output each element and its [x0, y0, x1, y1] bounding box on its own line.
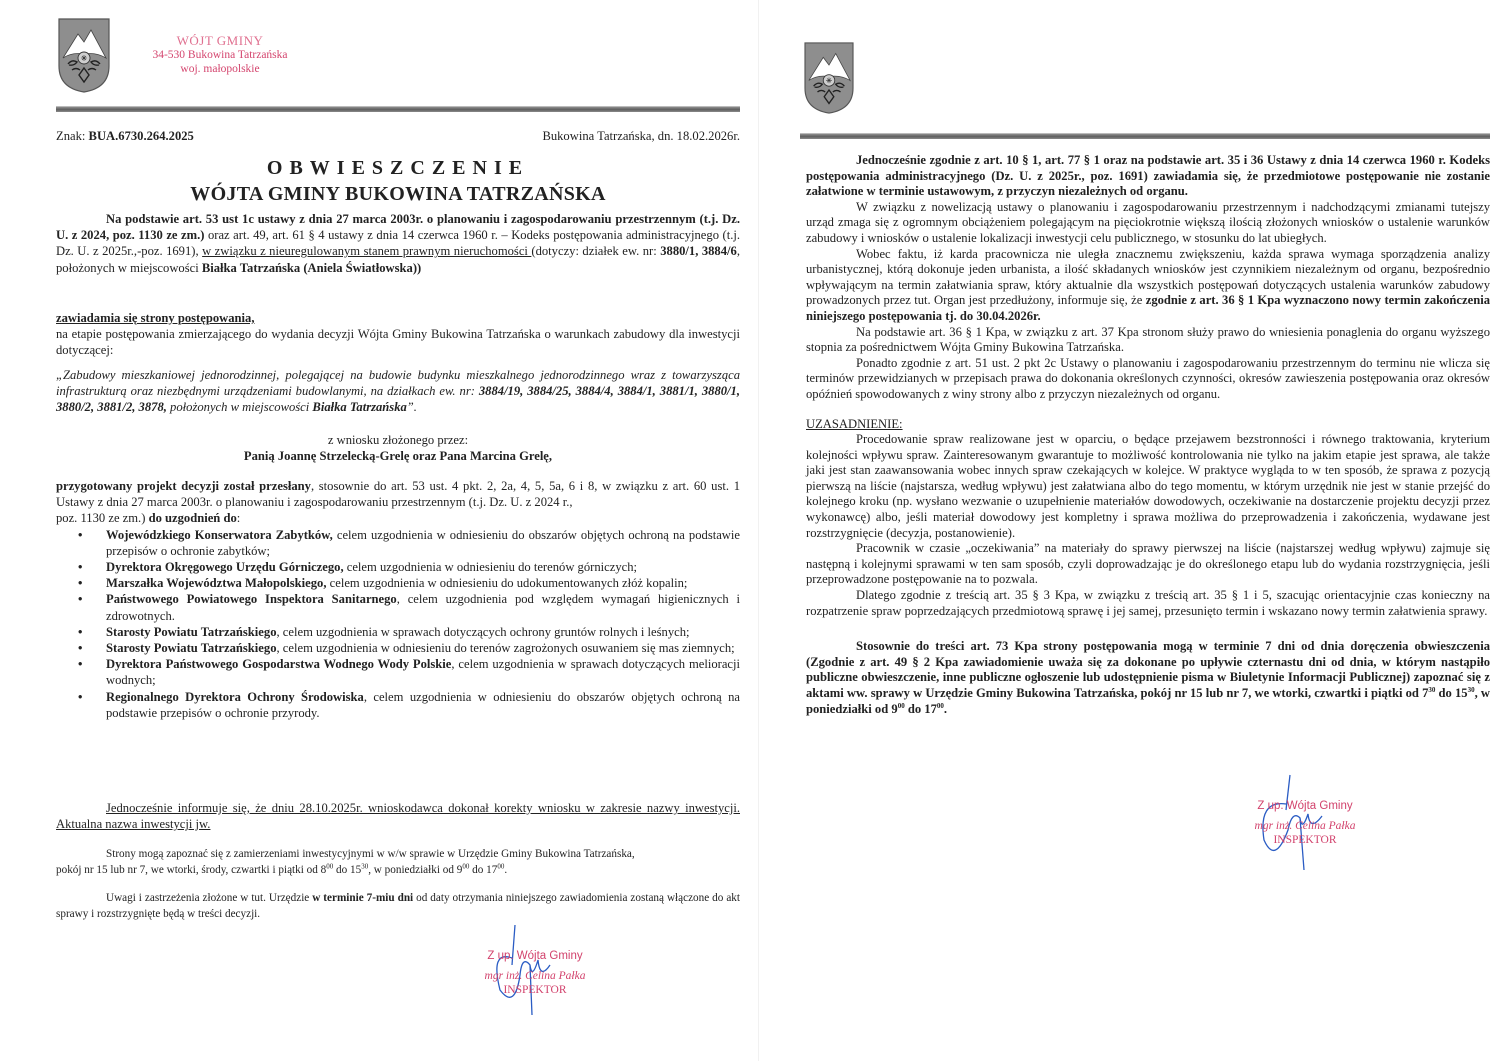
agency-name: Starosty Powiatu Tatrzańskiego: [106, 641, 277, 655]
header-rule: [56, 106, 740, 112]
agency-purpose: celem uzgodnienia w odniesieniu do udoku…: [327, 576, 688, 590]
reminder-right-paragraph: Na podstawie art. 36 § 1 Kpa, w związku …: [806, 325, 1490, 356]
final-text-4: do 17: [905, 702, 937, 716]
agency-item: Starosty Powiatu Tatrzańskiego, celem uz…: [106, 640, 740, 656]
final-notice: Stosownie do treści art. 73 Kpa strony p…: [806, 639, 1490, 700]
hours-text-6: .: [504, 864, 507, 876]
signature-stamp: Z up. Wójta Gminy mgr inż. Celina Pałka …: [1230, 770, 1380, 880]
exclusions-paragraph: Ponadto zgodnie z art. 51 ust. 2 pkt 2c …: [806, 356, 1490, 403]
justification-paragraph-3: Dlatego zgodnie z treścią art. 35 § 3 Kp…: [806, 588, 1490, 619]
hours-text-3: do 15: [333, 864, 361, 876]
applicant-label: z wniosku złożonego przez:: [56, 432, 740, 448]
title-line-2: WÓJTA GMINY BUKOWINA TATRZAŃSKA: [56, 181, 740, 207]
correction-note: Jednocześnie informuje się, że dniu 28.1…: [56, 800, 740, 832]
right-body: Jednocześnie zgodnie z art. 10 § 1, art.…: [806, 153, 1490, 717]
ref-label: Znak:: [56, 129, 85, 143]
office-stamp: WÓJT GMINY 34-530 Bukowina Tatrzańska wo…: [140, 34, 300, 76]
final-sup-4: 00: [937, 701, 944, 709]
applicant-names: Panią Joannę Strzelecką-Grelę oraz Pana …: [244, 449, 552, 463]
signature-title: INSPEKTOR: [460, 984, 610, 996]
office-hours: Strony mogą zapoznać się z zamierzeniami…: [56, 846, 740, 878]
justification-paragraph-1: Procedowanie spraw realizowane jest w op…: [806, 432, 1490, 541]
remarks-paragraph: Uwagi i zastrzeżenia złożone w tut. Urzę…: [56, 890, 740, 922]
correction-text: Jednocześnie informuje się, że dniu 28.1…: [56, 801, 740, 831]
stamp-line-3: woj. małopolskie: [140, 62, 300, 76]
agency-name: Regionalnego Dyrektora Ochrony Środowisk…: [106, 690, 364, 704]
investment-text-3: ”.: [407, 400, 417, 414]
final-text-5: .: [944, 702, 947, 716]
agency-purpose: , celem uzgodnienia w sprawach dotyczący…: [277, 625, 690, 639]
applicant-block: z wniosku złożonego przez: Panią Joannę …: [56, 432, 740, 464]
final-text-2: do 15: [1435, 686, 1467, 700]
agency-name: Starosty Powiatu Tatrzańskiego: [106, 625, 277, 639]
intro-paragraph: Na podstawie art. 53 ust 1c ustawy z dni…: [56, 211, 740, 276]
intro-location: Białka Tatrzańska (Aniela Światłowska)): [202, 261, 421, 275]
remarks-deadline: w terminie 7-miu dni: [312, 892, 413, 904]
document-page-left: WÓJT GMINY 34-530 Bukowina Tatrzańska wo…: [0, 0, 760, 1061]
intro-text-2: (dotyczy: działek ew. nr:: [531, 244, 660, 258]
investment-text-2: położonych w miejscowości: [167, 400, 313, 414]
agency-item: Dyrektora Państwowego Gospodarstwa Wodne…: [106, 656, 740, 688]
agency-item: Marszałka Województwa Małopolskiego, cel…: [106, 575, 740, 591]
signature-name: mgr inż. Celina Pałka: [1230, 820, 1380, 832]
signature-name: mgr inż. Celina Pałka: [460, 970, 610, 982]
agency-name: Dyrektora Państwowego Gospodarstwa Wodne…: [106, 657, 451, 671]
stamp-line-1: WÓJT GMINY: [140, 34, 300, 48]
agency-purpose: celem uzgodnienia w odniesieniu do teren…: [344, 560, 637, 574]
workload-paragraph: W związku z nowelizacją ustawy o planowa…: [806, 200, 1490, 247]
agency-purpose: , celem uzgodnienia w odniesieniu do ter…: [277, 641, 735, 655]
remarks-text: Uwagi i zastrzeżenia złożone w tut. Urzę…: [106, 892, 312, 904]
signature-stamp: Z up. Wójta Gminy mgr inż. Celina Pałka …: [460, 920, 610, 1030]
agency-name: Dyrektora Okręgowego Urzędu Górniczego,: [106, 560, 344, 574]
justification-paragraph-2: Pracownik w czasie „oczekiwania” na mate…: [806, 541, 1490, 588]
agency-item: Regionalnego Dyrektora Ochrony Środowisk…: [106, 689, 740, 721]
title-line-1: OBWIESZCZENIE: [56, 155, 740, 181]
agency-list: Wojewódzkiego Konserwatora Zabytków, cel…: [56, 527, 740, 721]
page-gap: [758, 0, 759, 1061]
signature-title: INSPEKTOR: [1230, 834, 1380, 846]
reference-line: Znak: BUA.6730.264.2025 Bukowina Tatrzań…: [56, 128, 740, 144]
investment-description: „Zabudowy mieszkaniowej jednorodzinnej, …: [56, 367, 740, 416]
delay-notice: Jednocześnie zgodnie z art. 10 § 1, art.…: [806, 153, 1490, 200]
justification-heading: UZASADNIENIE:: [806, 417, 903, 431]
hours-text-2: pokój nr 15 lub nr 7, we wtorki, środy, …: [56, 864, 326, 876]
agency-name: Wojewódzkiego Konserwatora Zabytków,: [106, 528, 333, 542]
project-text-3: :: [237, 511, 241, 525]
document-title: OBWIESZCZENIE WÓJTA GMINY BUKOWINA TATRZ…: [56, 155, 740, 207]
project-paragraph: przygotowany projekt decyzji został prze…: [56, 478, 740, 721]
project-text-2: poz. 1130 ze zm.): [56, 511, 149, 525]
investment-location: Białka Tatrzańska: [312, 400, 406, 414]
intro-plot-numbers: 3880/1, 3884/6: [660, 244, 737, 258]
agency-name: Marszałka Województwa Małopolskiego,: [106, 576, 327, 590]
place-date: Bukowina Tatrzańska, dn. 18.02.2026r.: [542, 128, 740, 144]
agency-item: Wojewódzkiego Konserwatora Zabytków, cel…: [106, 527, 740, 559]
coat-of-arms-icon: [804, 42, 854, 114]
document-page-right: Jednocześnie zgodnie z art. 10 § 1, art.…: [760, 0, 1500, 1061]
intro-underlined: w związku z nieuregulowanym stanem prawn…: [202, 244, 531, 258]
final-sup-2: 30: [1468, 686, 1475, 694]
stamp-line-2: 34-530 Bukowina Tatrzańska: [140, 48, 300, 62]
ref-number: BUA.6730.264.2025: [89, 129, 194, 143]
signature-line-1: Z up. Wójta Gminy: [1230, 800, 1380, 812]
notify-heading: zawiadamia się strony postępowania,: [56, 311, 254, 325]
hours-text-5: do 17: [469, 864, 497, 876]
header-rule: [800, 133, 1490, 139]
notify-text: na etapie postępowania zmierzającego do …: [56, 326, 740, 358]
project-agreement: do uzgodnień do: [149, 511, 237, 525]
agency-item: Państwowego Powiatowego Inspektora Sanit…: [106, 591, 740, 623]
hours-text-4: , w poniedziałki od 9: [368, 864, 462, 876]
signature-line-1: Z up. Wójta Gminy: [460, 950, 610, 962]
agency-item: Starosty Powiatu Tatrzańskiego, celem uz…: [106, 624, 740, 640]
notify-section: zawiadamia się strony postępowania, na e…: [56, 310, 740, 359]
hours-text: Strony mogą zapoznać się z zamierzeniami…: [56, 846, 740, 862]
final-sup-3: 00: [898, 701, 905, 709]
agency-name: Państwowego Powiatowego Inspektora Sanit…: [106, 592, 397, 606]
agency-item: Dyrektora Okręgowego Urzędu Górniczego, …: [106, 559, 740, 575]
coat-of-arms-icon: [58, 18, 110, 93]
project-sent: przygotowany projekt decyzji został prze…: [56, 479, 311, 493]
